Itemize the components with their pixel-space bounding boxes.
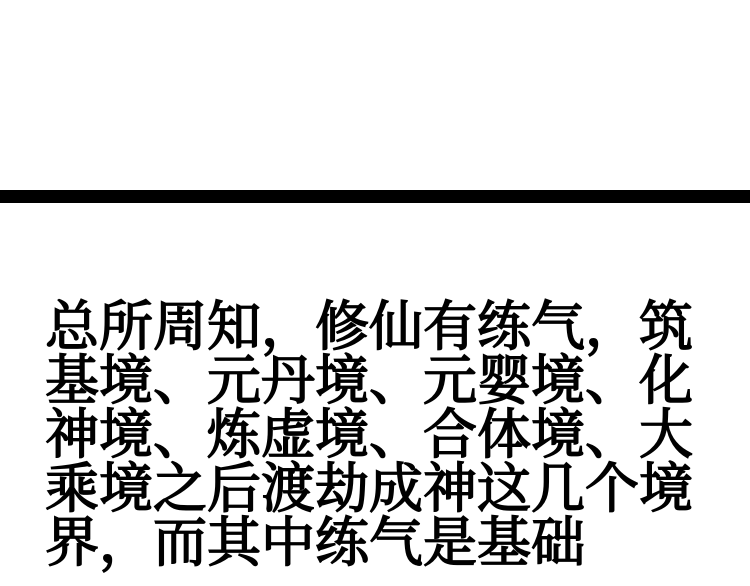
narration-line: 乘境之后渡劫成神这几个境: [45, 462, 693, 516]
narration-text-block: 总所周知，修仙有练气，筑 基境、元丹境、元婴境、化 神境、炼虚境、合体境、大 乘…: [45, 300, 693, 570]
comic-page: 总所周知，修仙有练气，筑 基境、元丹境、元婴境、化 神境、炼虚境、合体境、大 乘…: [0, 0, 750, 586]
narration-line: 基境、元丹境、元婴境、化: [45, 354, 693, 408]
narration-line: 神境、炼虚境、合体境、大: [45, 408, 693, 462]
narration-line: 总所周知，修仙有练气，筑: [45, 300, 693, 354]
narration-line: 界，而其中练气是基础: [45, 516, 693, 570]
panel-divider-bar: [0, 190, 750, 203]
